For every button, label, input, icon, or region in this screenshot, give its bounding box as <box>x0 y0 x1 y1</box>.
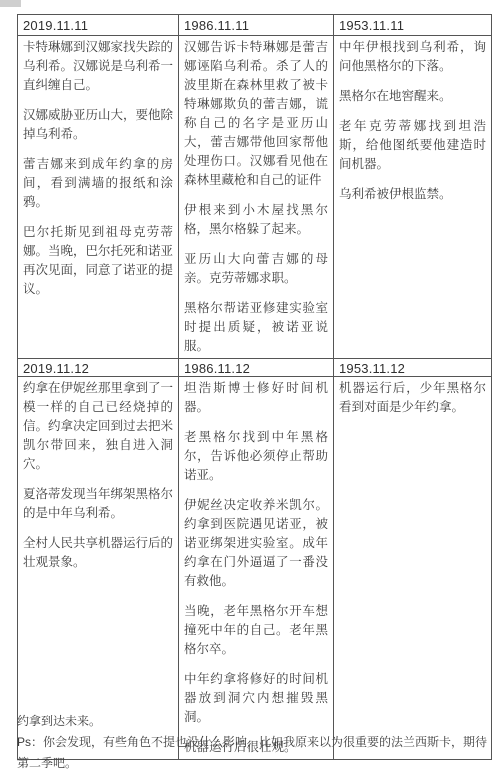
date-header-2019-11-12: 2019.11.12 <box>18 359 179 377</box>
cell-paragraph: 当晚，老年黑格尔开车想撞死中年的自己。老年黑格尔卒。 <box>184 602 328 659</box>
cell-paragraph: 汉娜告诉卡特琳娜是蕾吉娜诬陷乌利希。杀了人的波里斯在森林里救了被卡特琳娜欺负的蕾… <box>184 38 328 190</box>
event-cell-1986-11-12: 坦浩斯博士修好时间机器。老黑格尔找到中年黑格尔，告诉他必须停止帮助诺亚。伊妮丝决… <box>179 377 334 760</box>
cell-paragraph: 约拿在伊妮丝那里拿到了一模一样的自己已经烧掉的信。约拿决定回到过去把米凯尔带回来… <box>23 379 173 474</box>
cell-paragraph: 汉娜威胁亚历山大，要他除掉乌利希。 <box>23 106 173 144</box>
timeline-table: 2019.11.11 1986.11.11 1953.11.11 卡特琳娜到汉娜… <box>17 14 492 760</box>
cell-paragraph: 蕾吉娜来到成年约拿的房间，看到满墙的报纸和涂鸦。 <box>23 155 173 212</box>
event-row: 卡特琳娜到汉娜家找失踪的乌利希。汉娜说是乌利希一直纠缠自己。汉娜威胁亚历山大，要… <box>18 36 492 359</box>
event-row: 约拿在伊妮丝那里拿到了一模一样的自己已经烧掉的信。约拿决定回到过去把米凯尔带回来… <box>18 377 492 760</box>
cell-paragraph: 伊妮丝决定收养米凯尔。约拿到医院遇见诺亚，被诺亚绑架进实验室。成年约拿在门外逼逼… <box>184 496 328 591</box>
event-cell-1953-11-12: 机器运行后，少年黑格尔看到对面是少年约拿。 <box>334 377 492 760</box>
date-header-1953-11-11: 1953.11.11 <box>334 15 492 36</box>
cell-paragraph: 全村人民共享机器运行后的壮观景象。 <box>23 534 173 572</box>
cell-paragraph: 中年伊根找到乌利希，询问他黑格尔的下落。 <box>339 38 486 76</box>
date-header-1986-11-12: 1986.11.12 <box>179 359 334 377</box>
cell-paragraph: 黑格尔帮诺亚修建实验室时提出质疑，被诺亚说服。 <box>184 299 328 356</box>
event-cell-2019-11-12: 约拿在伊妮丝那里拿到了一模一样的自己已经烧掉的信。约拿决定回到过去把米凯尔带回来… <box>18 377 179 760</box>
date-header-2019-11-11: 2019.11.11 <box>18 15 179 36</box>
footer-line-jonas: 约拿到达未来。 <box>17 711 497 732</box>
event-cell-1953-11-11: 中年伊根找到乌利希，询问他黑格尔的下落。黑格尔在地窖醒来。老年克劳蒂娜找到坦浩斯… <box>334 36 492 359</box>
cell-paragraph: 老黑格尔找到中年黑格尔，告诉他必须停止帮助诺亚。 <box>184 428 328 485</box>
event-cell-2019-11-11: 卡特琳娜到汉娜家找失踪的乌利希。汉娜说是乌利希一直纠缠自己。汉娜威胁亚历山大，要… <box>18 36 179 359</box>
cell-paragraph: 卡特琳娜到汉娜家找失踪的乌利希。汉娜说是乌利希一直纠缠自己。 <box>23 38 173 95</box>
cell-paragraph: 乌利希被伊根监禁。 <box>339 185 486 204</box>
date-header-1953-11-12: 1953.11.12 <box>334 359 492 377</box>
ps-note: Ps：你会发现，有些角色不提也没什么影响，比如我原来以为很重要的法兰西斯卡，期待… <box>17 732 497 771</box>
date-header-row: 2019.11.12 1986.11.12 1953.11.12 <box>18 359 492 377</box>
cell-paragraph: 坦浩斯博士修好时间机器。 <box>184 379 328 417</box>
cell-paragraph: 机器运行后，少年黑格尔看到对面是少年约拿。 <box>339 379 486 417</box>
cell-paragraph: 夏洛蒂发现当年绑架黑格尔的是中年乌利希。 <box>23 485 173 523</box>
scan-artifact <box>0 0 21 7</box>
date-header-row: 2019.11.11 1986.11.11 1953.11.11 <box>18 15 492 36</box>
cell-paragraph: 亚历山大向蕾吉娜的母亲。克劳蒂娜求职。 <box>184 250 328 288</box>
cell-paragraph: 巴尔托斯见到祖母克劳蒂娜。当晚，巴尔托死和诺亚再次见面，同意了诺亚的提议。 <box>23 223 173 299</box>
event-cell-1986-11-11: 汉娜告诉卡特琳娜是蕾吉娜诬陷乌利希。杀了人的波里斯在森林里救了被卡特琳娜欺负的蕾… <box>179 36 334 359</box>
cell-paragraph: 老年克劳蒂娜找到坦浩斯，给他图纸要他建造时间机器。 <box>339 117 486 174</box>
cell-paragraph: 黑格尔在地窖醒来。 <box>339 87 486 106</box>
date-header-1986-11-11: 1986.11.11 <box>179 15 334 36</box>
footer-note: 约拿到达未来。 Ps：你会发现，有些角色不提也没什么影响，比如我原来以为很重要的… <box>17 711 497 771</box>
cell-paragraph: 伊根来到小木屋找黑尔格，黑尔格躲了起来。 <box>184 201 328 239</box>
